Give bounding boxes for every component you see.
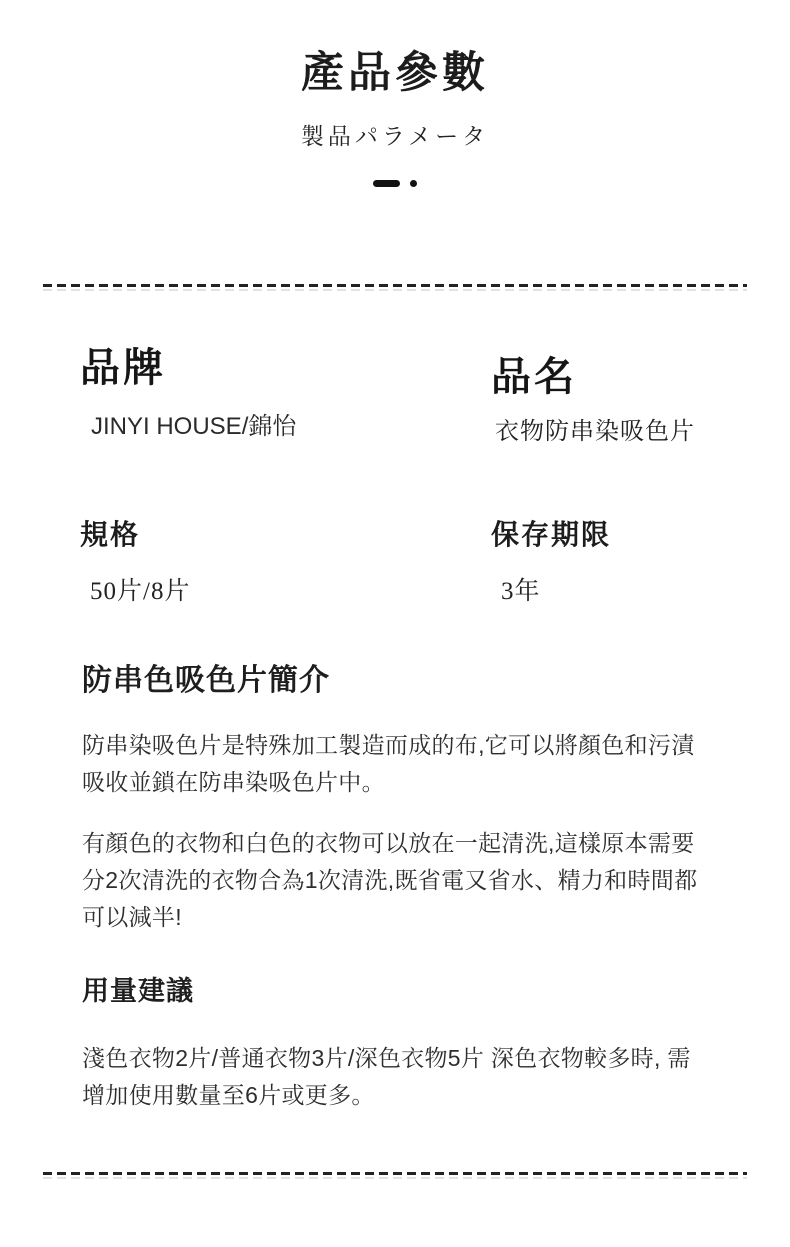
product-name-value: 衣物防串染吸色片 bbox=[491, 418, 745, 447]
product-name-label: 品名 bbox=[491, 357, 745, 397]
divider-echo-line bbox=[43, 1177, 747, 1179]
text-sections: 防串色吸色片簡介 防串染吸色片是特殊加工製造而成的布,它可以將顏色和污漬吸收並鎖… bbox=[0, 664, 790, 1114]
divider-line bbox=[43, 284, 747, 287]
specification-label: 規格 bbox=[80, 521, 403, 549]
spec-brand: 品牌 JINYI HOUSE/錦怡 bbox=[45, 348, 403, 447]
product-parameters-panel: 產品參數 製品パラメータ 品牌 JINYI HOUSE/錦怡 品名 衣物防串染吸… bbox=[0, 0, 790, 1247]
divider-echo-line bbox=[43, 289, 747, 291]
intro-heading: 防串色吸色片簡介 bbox=[82, 664, 705, 699]
spec-product-name: 品名 衣物防串染吸色片 bbox=[403, 348, 745, 447]
shelf-life-label: 保存期限 bbox=[491, 521, 745, 549]
brand-label: 品牌 bbox=[80, 348, 403, 388]
spec-shelf-life: 保存期限 3年 bbox=[403, 521, 745, 606]
brand-value: JINYI HOUSE/錦怡 bbox=[80, 414, 403, 440]
dot-icon bbox=[410, 180, 417, 187]
dashed-divider-bottom bbox=[43, 1172, 747, 1179]
intro-paragraph-1: 防串染吸色片是特殊加工製造而成的布,它可以將顏色和污漬吸收並鎖在防串染吸色片中。 bbox=[82, 727, 705, 801]
page-title: 產品參數 bbox=[0, 0, 790, 102]
usage-paragraph: 淺色衣物2片/普通衣物3片/深色衣物5片 深色衣物較多時, 需增加使用數量至6片… bbox=[82, 1040, 705, 1114]
title-ornament bbox=[0, 180, 790, 187]
spec-grid: 品牌 JINYI HOUSE/錦怡 品名 衣物防串染吸色片 規格 50片/8片 … bbox=[0, 348, 790, 605]
usage-heading: 用量建議 bbox=[82, 976, 705, 1007]
divider-line bbox=[43, 1172, 747, 1175]
dashed-divider-top bbox=[43, 284, 747, 291]
shelf-life-value: 3年 bbox=[491, 578, 745, 606]
specification-value: 50片/8片 bbox=[80, 578, 403, 606]
spec-specification: 規格 50片/8片 bbox=[45, 521, 403, 606]
page-subtitle: 製品パラメータ bbox=[0, 124, 790, 149]
intro-paragraph-2: 有顏色的衣物和白色的衣物可以放在一起清洗,這樣原本需要分2次清洗的衣物合為1次清… bbox=[82, 825, 705, 936]
dash-icon bbox=[373, 180, 400, 187]
